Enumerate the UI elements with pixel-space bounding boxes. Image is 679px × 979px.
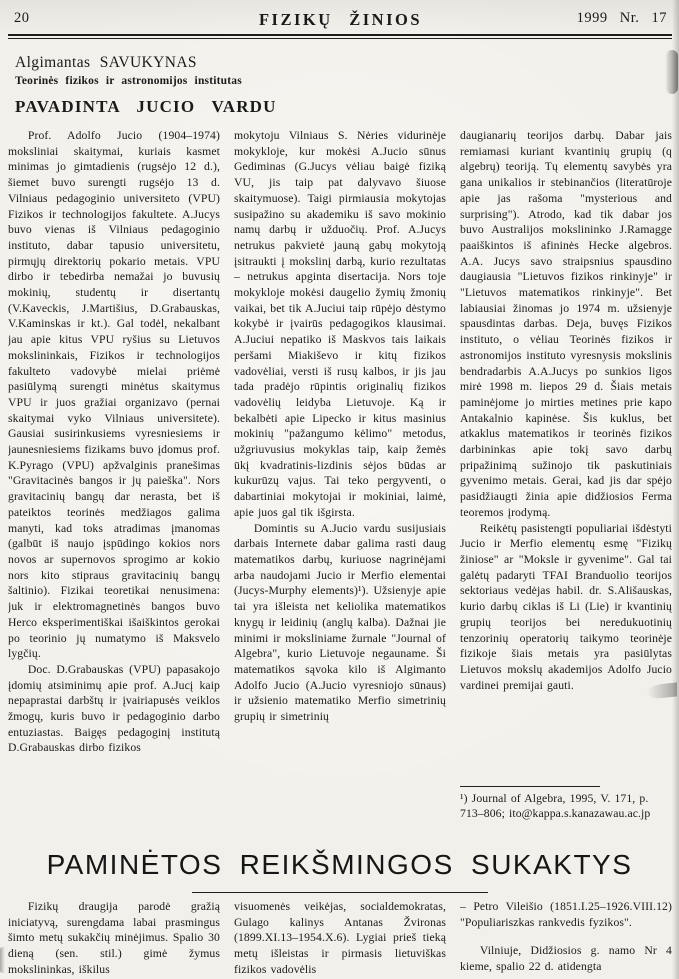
section-column-1: Fizikų draugija parodė gražią iniciatyvą… (8, 899, 220, 979)
section-column-3: – Petro Vileišio (1851.I.25–1926.VIII.12… (460, 899, 672, 979)
page-header: 20 FIZIKŲ ŽINIOS 1999 Nr. 17 (14, 10, 667, 34)
article-column-1: Prof. Adolfo Jucio (1904–1974) mokslinia… (8, 128, 220, 822)
scan-artifact-blob (666, 50, 678, 94)
section-title-rule (192, 892, 488, 893)
paragraph: Doc. D.Grabauskas (VPU) papasakojo įdomi… (8, 662, 220, 756)
header-rule (8, 34, 672, 39)
scan-artifact-edge (672, 0, 679, 979)
paragraph: Domintis su A.Jucio vardu susijusiais da… (234, 521, 446, 725)
section-title: PAMINĖTOS REIKŠMINGOS SUKAKTYS (0, 849, 679, 881)
section-column-2: visuomenės veikėjas, socialdemokratas, G… (234, 899, 446, 979)
section-columns: Fizikų draugija parodė gražią iniciatyvą… (8, 899, 672, 979)
article-column-2: mokytoju Vilniaus S. Nėries vidurinėje m… (234, 128, 446, 822)
paragraph: daugianarių teorijos darbų. Dabar jais r… (460, 128, 672, 521)
footnote-text: ¹) Journal of Algebra, 1995, V. 171, p. … (460, 791, 672, 822)
paragraph: – Petro Vileišio (1851.I.25–1926.VIII.12… (460, 899, 672, 930)
paragraph: Vilniuje, Didžiosios g. namo Nr 4 kieme,… (460, 943, 672, 974)
footnote-rule (460, 786, 600, 787)
article-column-3: daugianarių teorijos darbų. Dabar jais r… (460, 128, 672, 822)
paragraph: Reikėtų pasistengti populiariai išdėstyt… (460, 521, 672, 694)
paragraph: Prof. Adolfo Jucio (1904–1974) mokslinia… (8, 128, 220, 662)
column-text: daugianarių teorijos darbų. Dabar jais r… (460, 128, 672, 782)
paragraph: mokytoju Vilniaus S. Nėries vidurinėje m… (234, 128, 446, 521)
article-affiliation: Teorinės fizikos ir astronomijos institu… (15, 75, 242, 87)
paragraph: Fizikų draugija parodė gražią iniciatyvą… (8, 899, 220, 978)
paragraph: visuomenės veikėjas, socialdemokratas, G… (234, 899, 446, 978)
journal-page: 20 FIZIKŲ ŽINIOS 1999 Nr. 17 Algimantas … (0, 0, 679, 979)
article-columns: Prof. Adolfo Jucio (1904–1974) mokslinia… (8, 128, 672, 822)
article-author: Algimantas SAVUKYNAS (15, 54, 197, 72)
article-title: PAVADINTA JUCIO VARDU (15, 97, 277, 117)
scan-artifact-mark (0, 947, 5, 973)
footnote: ¹) Journal of Algebra, 1995, V. 171, p. … (460, 782, 672, 822)
journal-title: FIZIKŲ ŽINIOS (14, 10, 667, 30)
